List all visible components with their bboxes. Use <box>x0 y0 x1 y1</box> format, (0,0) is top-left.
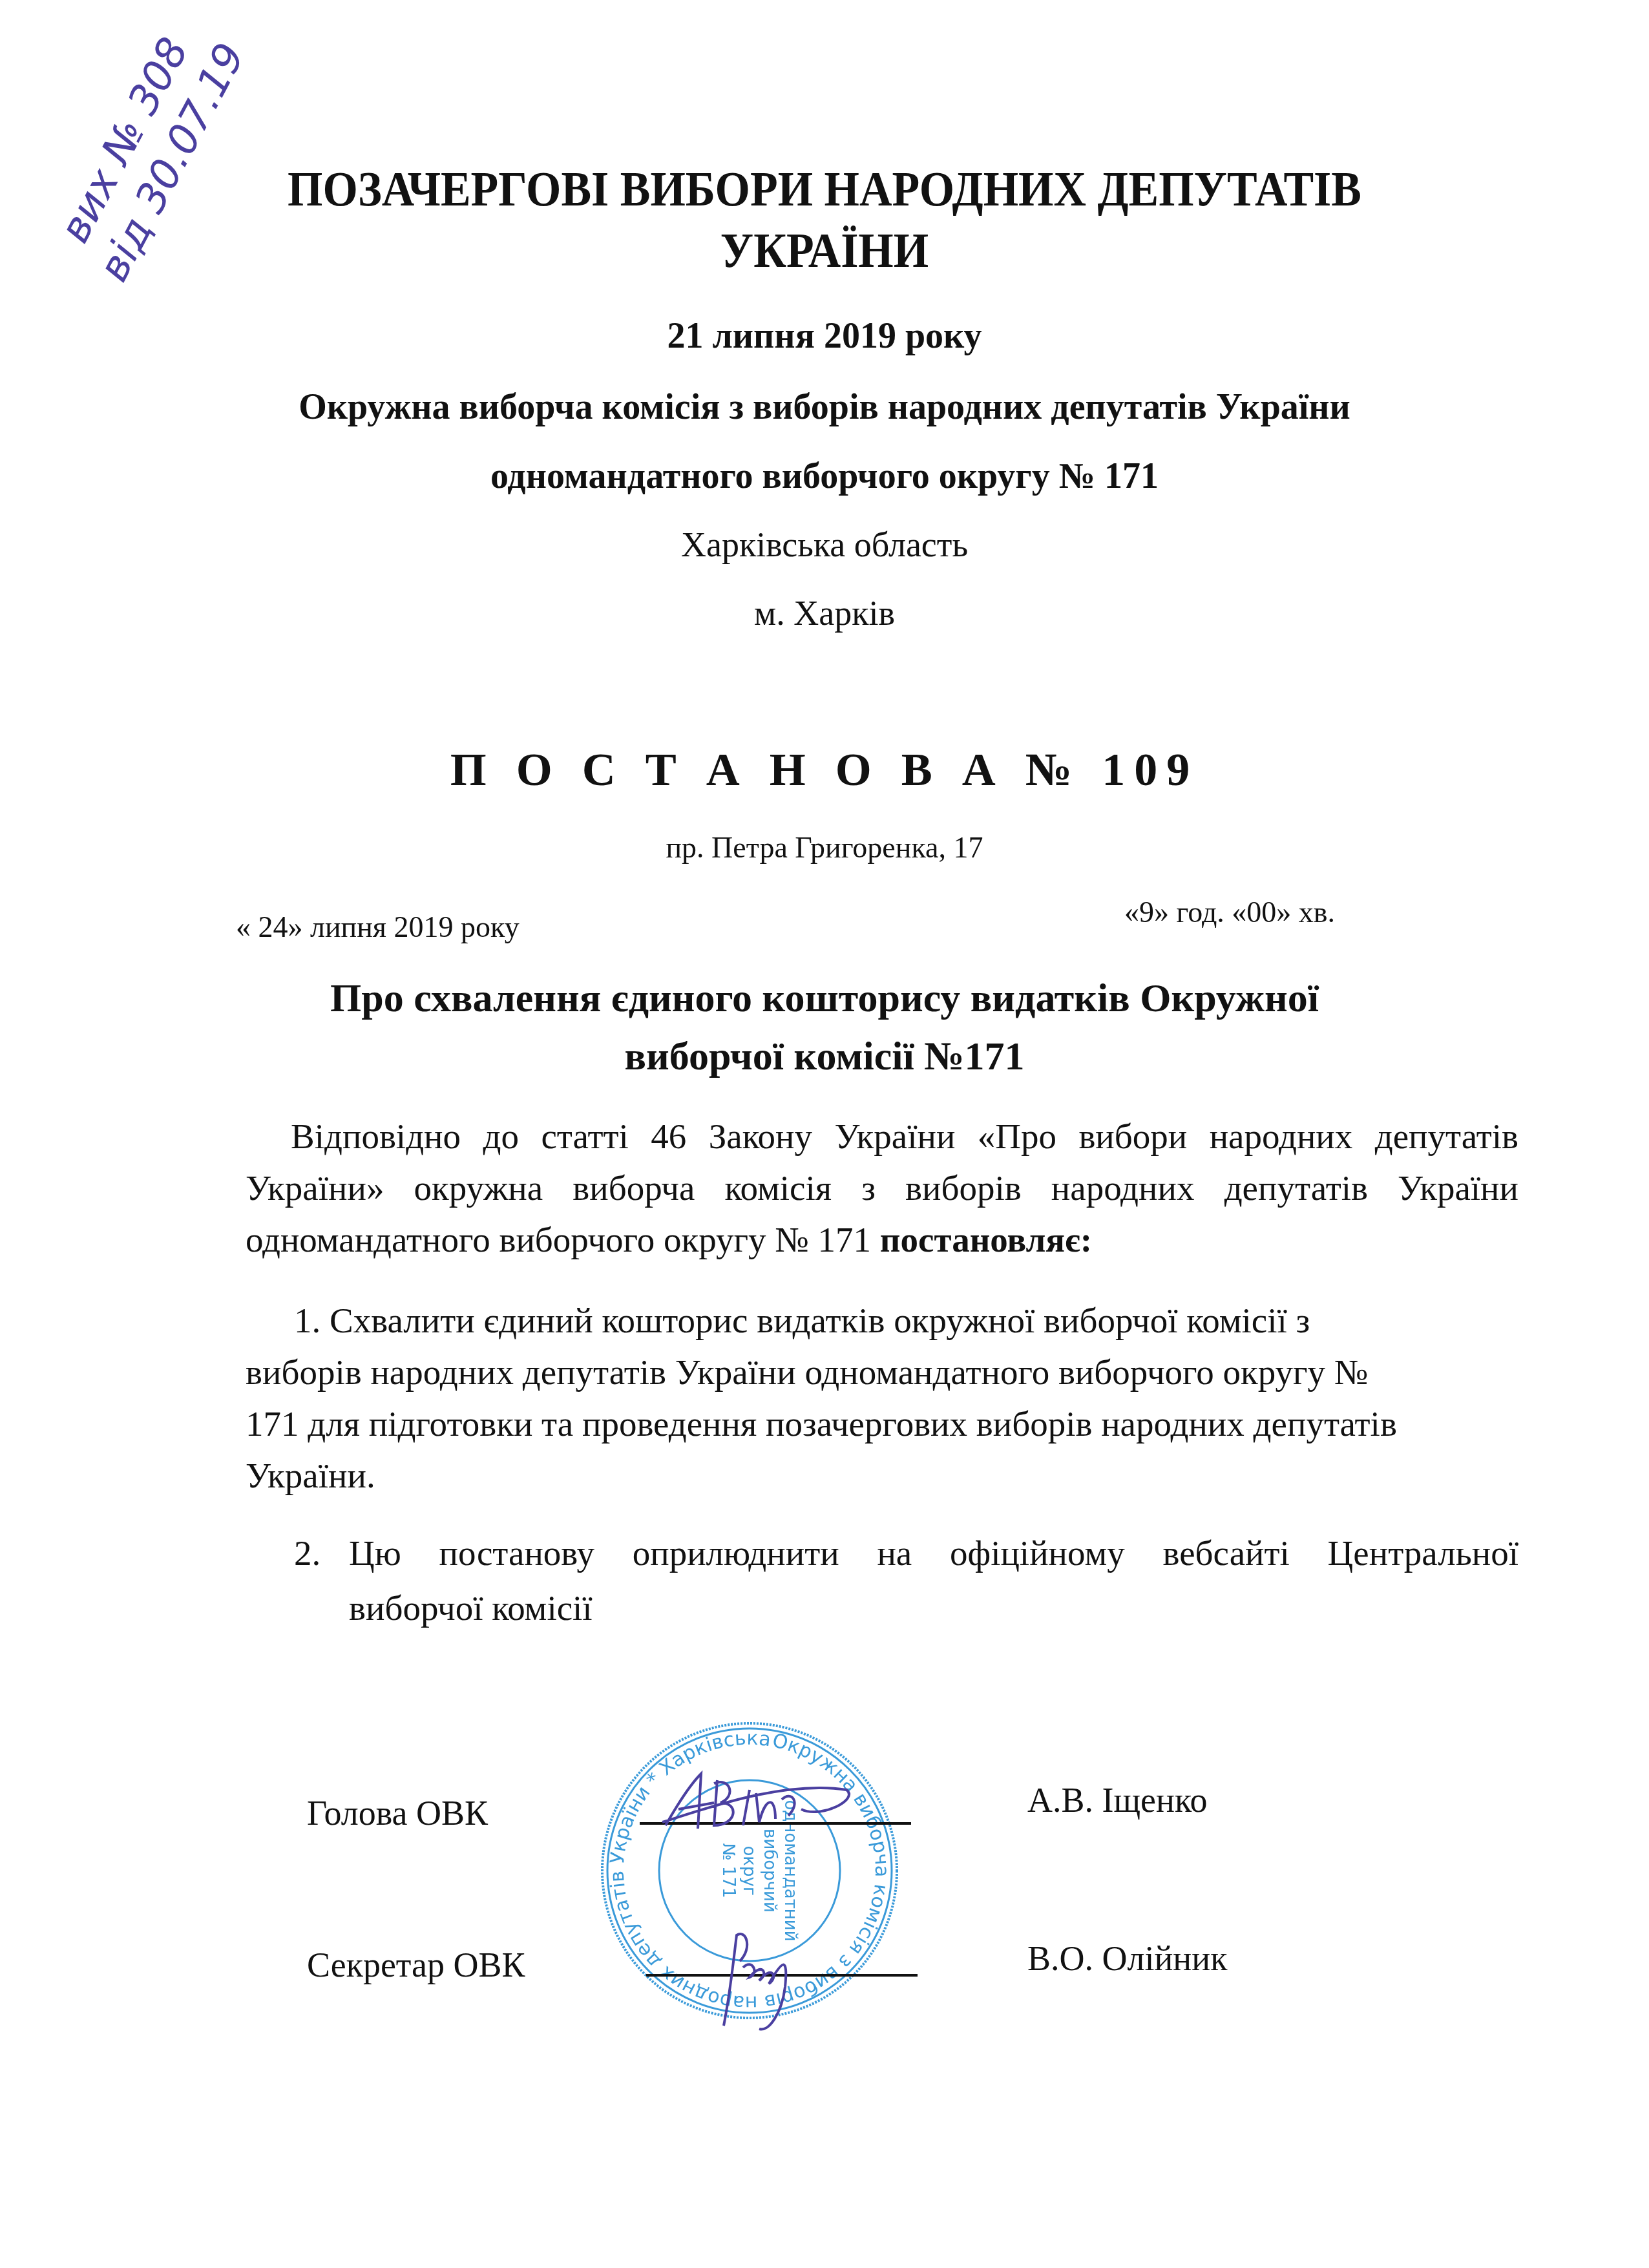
seal-inner-line3: округ <box>739 1845 759 1895</box>
region: Харківська область <box>0 525 1649 565</box>
election-title-line2: УКРАЇНИ <box>66 223 1583 279</box>
secretary-role: Секретар ОВК <box>307 1945 525 1985</box>
item1-line4: України. <box>246 1444 375 1507</box>
seal-inner-line4: № 171 <box>719 1843 738 1898</box>
chair-role: Голова ОВК <box>307 1793 488 1833</box>
chair-name: А.В. Іщенко <box>1027 1780 1207 1820</box>
resolution-subject-line2: виборчої комісії №171 <box>0 1034 1649 1080</box>
election-title-line1: ПОЗАЧЕРГОВІ ВИБОРИ НАРОДНИХ ДЕПУТАТІВ <box>66 162 1583 218</box>
item1-line3: 171 для підготовки та проведення позачер… <box>246 1392 1397 1456</box>
secretary-signature-icon <box>698 1922 827 2035</box>
chair-signature-icon <box>653 1764 866 1848</box>
resolution-subject-line1: Про схвалення єдиного кошторису видатків… <box>0 976 1649 1022</box>
resolution-time: «9» год. «00» хв. <box>1124 895 1335 929</box>
commission-name-line2: одномандатного виборчого округу № 171 <box>0 456 1649 497</box>
city: м. Харків <box>0 593 1649 633</box>
item2-number: 2. <box>294 1522 320 1585</box>
commission-name-line1: Окружна виборча комісія з виборів народн… <box>0 386 1649 428</box>
item2-line1: Цю постанову оприлюднити на офіційному в… <box>349 1522 1518 1585</box>
decides-keyword: постановляє: <box>880 1220 1092 1259</box>
resolution-title: П О С Т А Н О В А № 109 <box>0 743 1649 797</box>
secretary-name: В.О. Олійник <box>1027 1938 1227 1979</box>
resolution-address: пр. Петра Григоренка, 17 <box>0 830 1649 865</box>
resolution-date: « 24» липня 2019 року <box>236 910 520 944</box>
election-date: 21 липня 2019 року <box>0 315 1649 357</box>
item2-line2: виборчої комісії <box>349 1577 593 1640</box>
preamble-text: одномандатного виборчого округу № 171 <box>246 1220 880 1259</box>
preamble-line3: одномандатного виборчого округу № 171 по… <box>246 1208 1092 1272</box>
